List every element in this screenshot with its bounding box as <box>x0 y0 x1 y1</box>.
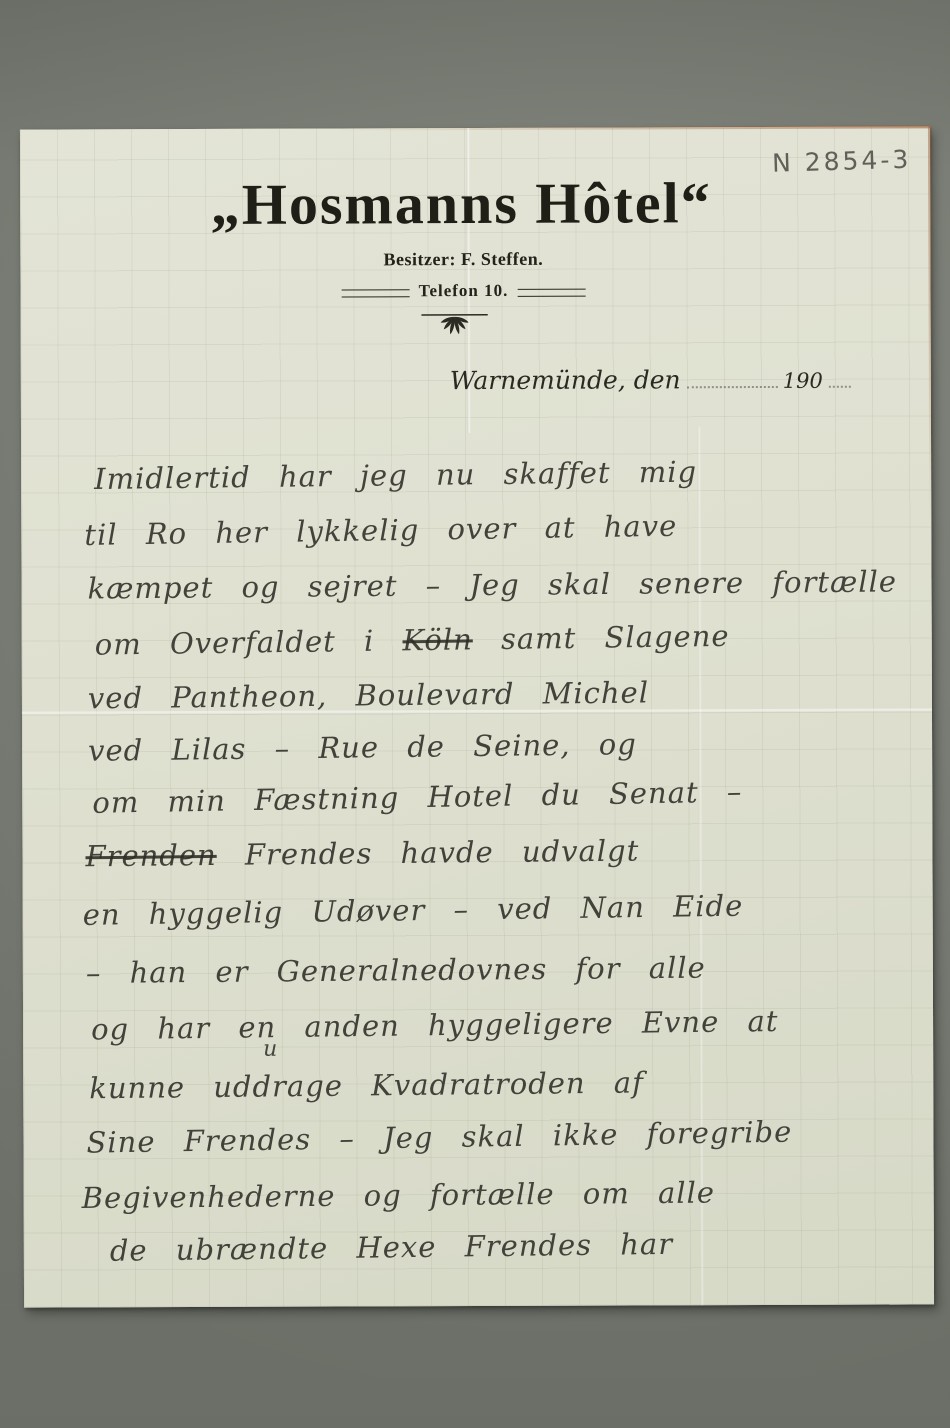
handwritten-line: ved Lilas – Rue de Seine, og <box>88 727 637 768</box>
handwritten-line: de ubrændte Hexe Frendes har <box>110 1227 674 1268</box>
handwritten-line: Frenden Frendes havde udvalgt <box>85 834 639 874</box>
handwritten-line: om Overfaldet i Köln samt Slagene <box>95 619 730 662</box>
handwritten-line: Sine Frendes – Jeg skal ikke foregribe <box>86 1115 792 1160</box>
handwritten-line: – han er Generalnedovnes for alle <box>86 951 706 990</box>
handwritten-line: ved Pantheon, Boulevard Michel <box>88 675 649 715</box>
handwritten-line: Begivenhederne og fortælle om alle <box>82 1176 716 1216</box>
handwritten-line: og har en anden hyggeligere Evne at <box>91 1004 779 1046</box>
handwritten-line: Imidlertid har jeg nu skaffet mig <box>94 455 697 496</box>
handwritten-line: til Ro her lykkelig over at have <box>84 509 677 552</box>
handwritten-line: en hyggelig Udøver – ved Nan Eide <box>82 889 743 932</box>
scan-background: N 2854-3 „Hosmanns Hôtel“ Besitzer: F. S… <box>0 0 950 1428</box>
letter-paper: N 2854-3 „Hosmanns Hôtel“ Besitzer: F. S… <box>20 126 934 1307</box>
handwritten-line: kunne uddrage Kvadratroden af <box>89 1065 644 1105</box>
handwritten-line: om min Fæstning Hotel du Senat – <box>92 775 743 820</box>
handwritten-line: kæmpet og sejret – Jeg skal senere fortæ… <box>87 564 897 605</box>
letter-body: u Imidlertid har jeg nu skaffet migtil R… <box>20 126 934 1307</box>
